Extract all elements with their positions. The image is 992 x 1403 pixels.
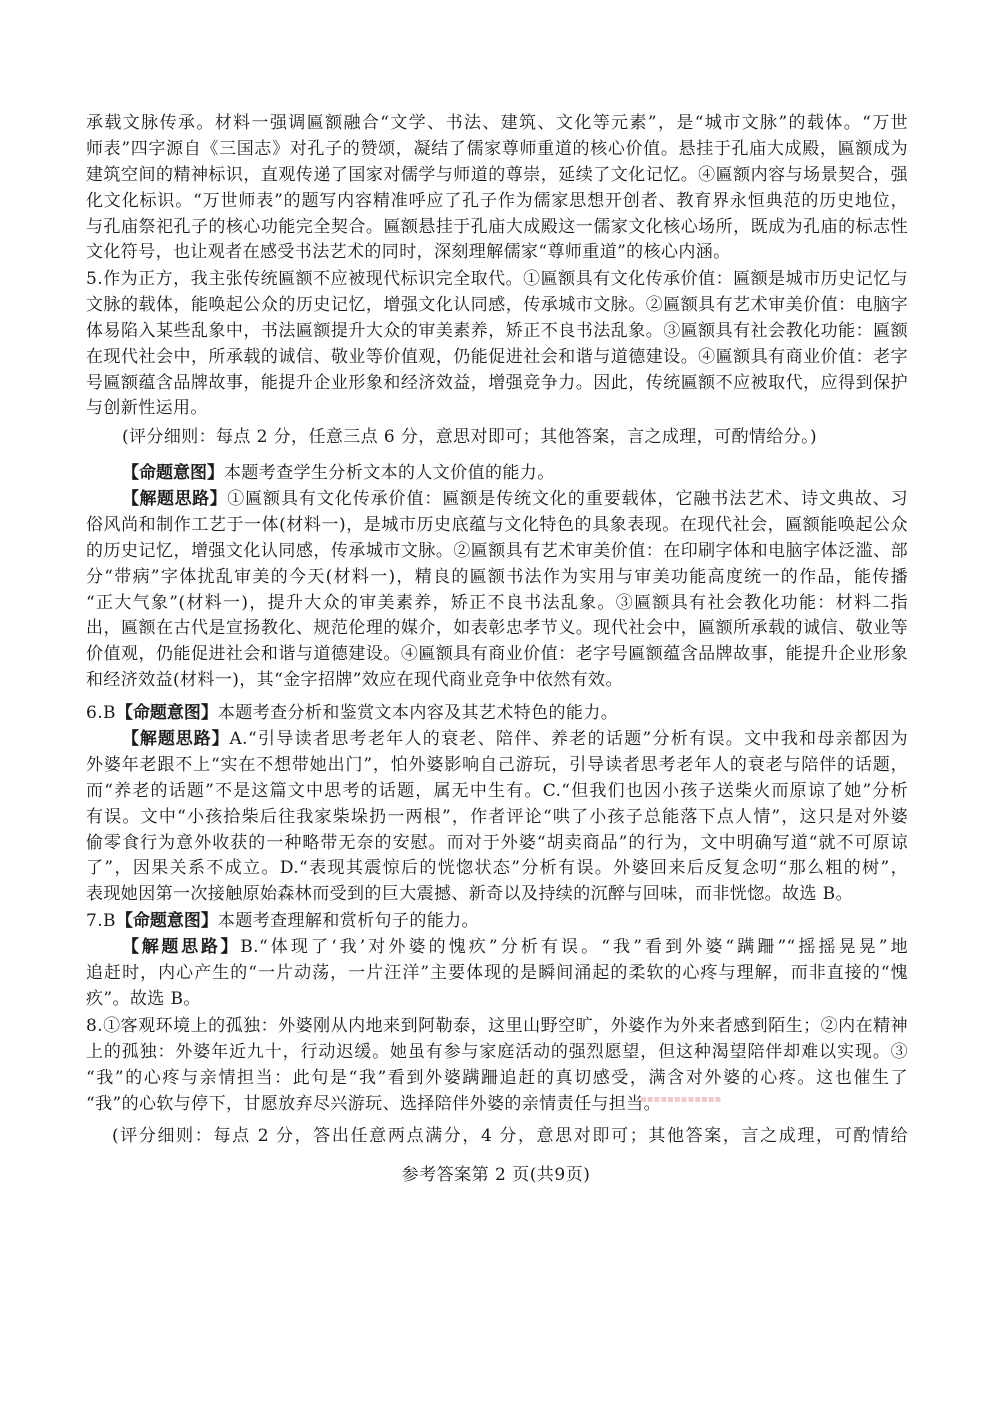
text-line: 体易陷入某些乱象中，书法匾额提升大众的审美素养，矫正不良书法乱象。③匾额具有社会… [86,319,908,345]
intent-tag: 【命题意图】 [116,911,218,931]
text-line: 和经济效益(材料一)，其“金字招牌”效应在现代商业竞争中依然有效。 [86,668,908,694]
q4-answer-continuation: 承载文脉传承。材料一强调匾额融合“文学、书法、建筑、文化等元素”，是“城市文脉”… [86,111,908,266]
text-line: 分“带病”字体扰乱审美的今天(材料一)，精良的匾额书法作为实用与审美功能高度统一… [86,565,908,591]
q7-intent: 7.B【命题意图】本题考查理解和赏析句子的能力。 [86,909,908,935]
text-line: 有误。文中“小孩拾柴后往我家柴垛扔一两根”，作者评论“哄了小孩子总能落下点人情”… [86,805,908,831]
page-footer: 参考答案第 2 页(共9页) [0,1160,992,1185]
text-line: 号匾额蕴含品牌故事，能提升企业形象和经济效益，增强竞争力。因此，传统匾额不应被取… [86,371,908,397]
text-line: 外婆年老跟不上“实在不想带她出门”，怕外婆影响自己游玩，引导读者思考老年人的衰老… [86,753,908,779]
q7-approach: 【解题思路】B.“体现了‘我’对外婆的愧疚”分析有误。“我”看到外婆“蹒跚”“摇… [86,935,908,1013]
text-line: “正大气象”(材料一)，提升大众的审美素养，矫正不良书法乱象。③匾额具有社会教化… [86,591,908,617]
text-line: 偷零食行为意外收获的一种略带无奈的安慰。而对于外婆“胡卖商品”的行为，文中明确写… [86,831,908,857]
q6-approach: 【解题思路】A.“引导读者思考老年人的衰老、陪伴、养老的话题”分析有误。文中我和… [86,727,908,908]
text-line: “我”的心软与停下，甘愿放弃尽兴游玩、选择陪伴外婆的亲情责任与担当。 [86,1092,908,1118]
text-line: 俗风尚和制作工艺于一体(材料一)，是城市历史底蕴与文化特色的具象表现。在现代社会… [86,513,908,539]
intent-text: 本题考查分析和鉴赏文本内容及其艺术特色的能力。 [218,703,618,723]
text-line: 了”，因果关系不成立。D.“表现其震惊后的恍惚状态”分析有误。外婆回来后反复念叨… [86,856,908,882]
q8-scoring-rules: (评分细则：每点 2 分，答出任意两点满分，4 分，意思对即可；其他答案，言之成… [86,1124,908,1150]
question-number: 7.B [86,911,116,931]
approach-text: A.“引导读者思考老年人的衰老、陪伴、养老的话题”分析有误。文中我和母亲都因为 [229,729,908,749]
q8-answer: 8.①客观环境上的孤独：外婆刚从内地来到阿勒泰，这里山野空旷，外婆作为外来者感到… [86,1014,908,1118]
q5-approach: 【解题思路】①匾额具有文化传承价值：匾额是传统文化的重要载体，它融书法艺术、诗文… [86,487,908,694]
approach-tag: 【解题思路】 [122,729,229,749]
text-line: 上的孤独：外婆年近九十，行动迟缓。她虽有参与家庭活动的强烈愿望，但这种渴望陪伴却… [86,1040,908,1066]
approach-tag: 【解题思路】 [122,489,227,509]
text-line: 承载文脉传承。材料一强调匾额融合“文学、书法、建筑、文化等元素”，是“城市文脉”… [86,111,908,137]
approach-text: ①匾额具有文化传承价值：匾额是传统文化的重要载体，它融书法艺术、诗文典故、习 [227,489,908,509]
text-line: 追赶时，内心产生的“一片动荡，一片汪洋”主要体现的是瞬间涌起的柔软的心疼与理解，… [86,961,908,987]
intent-text: 本题考查学生分析文本的人文价值的能力。 [224,463,555,483]
question-number: 6.B [86,703,116,723]
text-line: 表现她因第一次接触原始森林而受到的巨大震撼、新奇以及持续的沉醉与回味，而非恍惚。… [86,882,908,908]
text-line: 建筑空间的精神标识，直观传递了国家对儒学与师道的尊崇，延续了文化记忆。④匾额内容… [86,163,908,189]
text-line: 师表”四字源自《三国志》对孔子的赞颂，凝结了儒家尊师重道的核心价值。悬挂于孔庙大… [86,137,908,163]
text-line: “我”的心疼与亲情担当：此句是“我”看到外婆蹒跚追赶的真切感受，满含对外婆的心疼… [86,1066,908,1092]
intent-tag: 【命题意图】 [122,463,224,483]
approach-tag: 【解题思路】 [122,937,240,957]
text-line: 与孔庙祭祀孔子的核心功能完全契合。匾额悬挂于孔庙大成殿这一儒家文化核心场所，既成… [86,215,908,241]
text-line: 化文化标识。“万世师表”的题写内容精准呼应了孔子作为儒家思想开创者、教育界永恒典… [86,189,908,215]
text-line: 而“养老的话题”不是这篇文中思考的话题，属无中生有。C.“但我们也因小孩子送柴火… [86,779,908,805]
intent-text: 本题考查理解和赏析句子的能力。 [218,911,479,931]
q6-intent: 6.B【命题意图】本题考查分析和鉴赏文本内容及其艺术特色的能力。 [86,701,908,727]
q5-answer: 5.作为正方，我主张传统匾额不应被现代标识完全取代。①匾额具有文化传承价值：匾额… [86,267,908,422]
text-line: 文化符号，也让观者在感受书法艺术的同时，深刻理解儒家“尊师重道”的核心内涵。 [86,240,908,266]
q5-scoring-rules: (评分细则：每点 2 分，任意三点 6 分，意思对即可；其他答案，言之成理，可酌… [86,425,908,451]
text-line: 与创新性运用。 [86,396,908,422]
text-line: 的历史记忆，增强文化认同感，传承城市文脉。②匾额具有艺术审美价值：在印刷字体和电… [86,539,908,565]
scoring-text: (评分细则：每点 2 分，任意三点 6 分，意思对即可；其他答案，言之成理，可酌… [122,425,908,451]
text-line: 8.①客观环境上的孤独：外婆刚从内地来到阿勒泰，这里山野空旷，外婆作为外来者感到… [86,1014,908,1040]
approach-text: B.“体现了‘我’对外婆的愧疚”分析有误。“我”看到外婆“蹒跚”“摇摇晃晃”地 [240,937,908,957]
q5-intent: 【命题意图】本题考查学生分析文本的人文价值的能力。 [86,461,908,487]
text-line: 疚”。故选 B。 [86,987,908,1013]
text-line: 文脉的载体，能唤起公众的历史记忆，增强文化认同感，传承城市文脉。②匾额具有艺术审… [86,293,908,319]
text-line: 价值观，仍能促进社会和谐与道德建设。④匾额具有商业价值：老字号匾额蕴含品牌故事，… [86,642,908,668]
document-page: 承载文脉传承。材料一强调匾额融合“文学、书法、建筑、文化等元素”，是“城市文脉”… [0,0,992,1403]
intent-tag: 【命题意图】 [116,703,218,723]
text-line: 在现代社会中，所承载的诚信、敬业等价值观，仍能促进社会和谐与道德建设。④匾额具有… [86,345,908,371]
text-line: 出，匾额在古代是宣扬教化、规范伦理的媒介，如表彰忠孝节义。现代社会中，匾额所承载… [86,616,908,642]
scoring-text: (评分细则：每点 2 分，答出任意两点满分，4 分，意思对即可；其他答案，言之成… [112,1124,908,1150]
text-line: 5.作为正方，我主张传统匾额不应被现代标识完全取代。①匾额具有文化传承价值：匾额… [86,267,908,293]
